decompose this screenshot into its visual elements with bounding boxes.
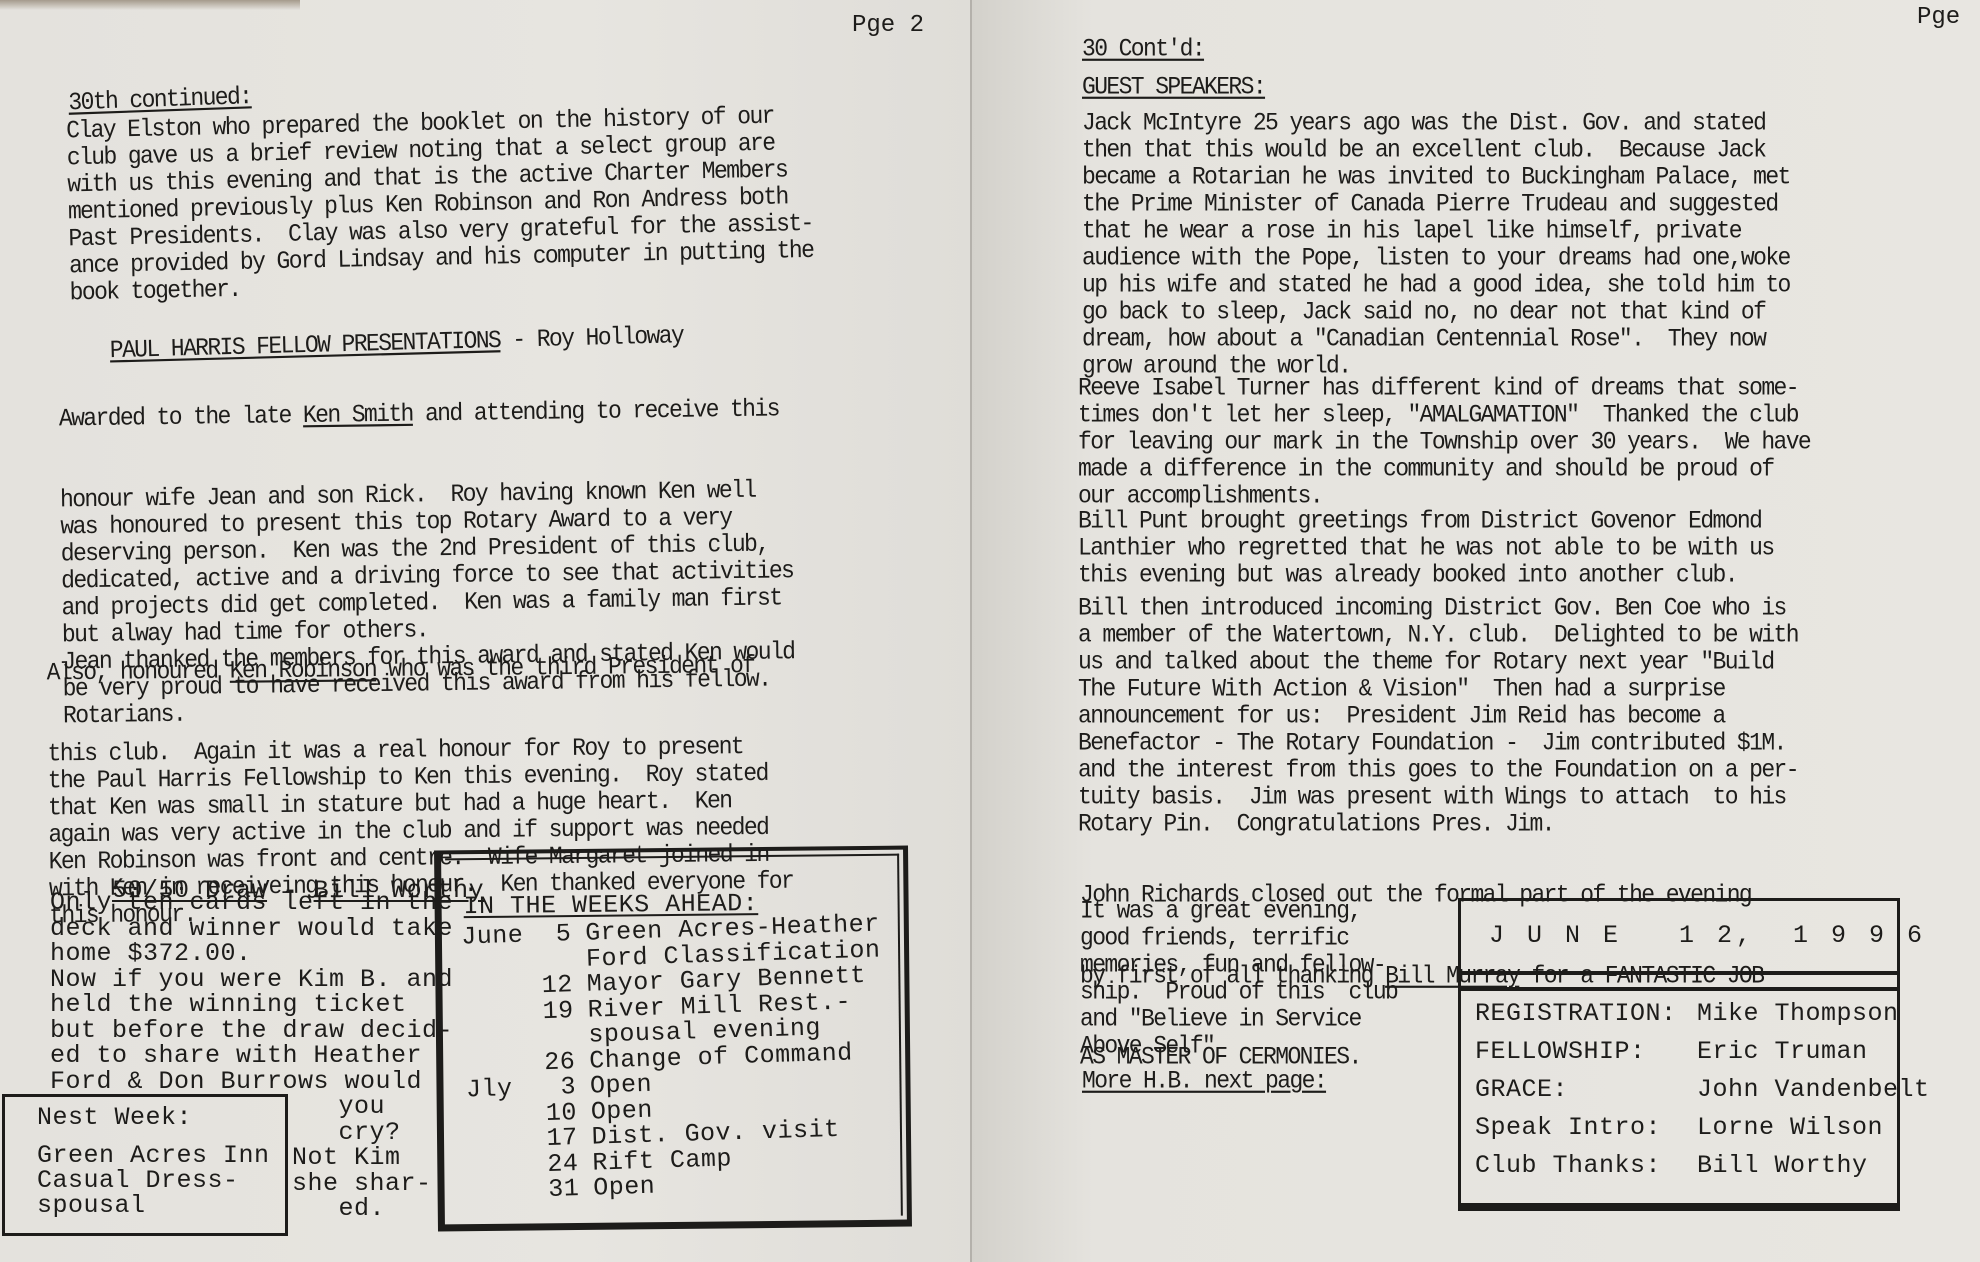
text-line: spousal — [37, 1193, 270, 1218]
text-line: memories, fun and fellow- — [1080, 952, 1397, 979]
section-30th-text: Clay Elston who prepared the booklet on … — [66, 102, 814, 307]
text-line: the Prime Minister of Canada Pierre Trud… — [1082, 191, 1790, 218]
entry-month: June — [461, 923, 526, 950]
text-line: this evening but was already booked into… — [1078, 562, 1774, 589]
entry-month: Jly — [466, 1076, 531, 1103]
entry-month — [467, 1127, 532, 1154]
next-week-box: Nest Week: Green Acres InnCasual Dress-s… — [2, 1094, 288, 1236]
text-line: Bill then introduced incoming District G… — [1078, 595, 1798, 622]
entry-day: 12 — [526, 972, 573, 999]
text-line: Above Self" — [1080, 1033, 1397, 1060]
para1-rest: and attending to receive this — [413, 395, 779, 428]
ben-coe-text: Bill then introduced incoming District G… — [1078, 595, 1798, 838]
para1-lead: Awarded to the late — [59, 402, 303, 433]
text-line: became a Rotarian he was invited to Buck… — [1082, 164, 1790, 191]
text-line: but before the draw decid- — [50, 1018, 453, 1044]
entry-month — [467, 1101, 532, 1128]
entry-month — [469, 1177, 534, 1204]
duty-role-name: John Vandenbelt — [1697, 1077, 1930, 1115]
entry-event: Open — [593, 1174, 656, 1201]
text-line: ed. — [292, 1196, 432, 1222]
text-line: a member of the Watertown, N.Y. club. De… — [1078, 622, 1798, 649]
text-line: then that this would be an excellent clu… — [1082, 137, 1790, 164]
more-next-page-link[interactable]: More H.B. next page: — [1082, 1068, 1326, 1095]
text-line: Reeve Isabel Turner has different kind o… — [1078, 375, 1810, 402]
entry-day: 5 — [525, 921, 572, 948]
page-edge-shadow — [0, 0, 300, 10]
text-line: ed to share with Heather — [50, 1043, 453, 1069]
duty-role-label: FELLOWSHIP: — [1475, 1039, 1697, 1077]
duty-role-name: Eric Truman — [1697, 1039, 1868, 1077]
weeks-ahead-box: IN THE WEEKS AHEAD: June5Green Acres-Hea… — [434, 846, 912, 1232]
duty-roster-box: J U N E 1 2, 1 9 9 6 REGISTRATION:Mike T… — [1458, 898, 1900, 1211]
text-line: she shar- — [292, 1171, 432, 1197]
text-line: Only ten cards left in the — [50, 890, 453, 916]
text-line: Casual Dress- — [37, 1168, 270, 1193]
page-number: Pge 2 — [852, 12, 924, 39]
text-line: dream, how about a "Canadian Centennial … — [1082, 326, 1790, 353]
right-page: Pge 30 Cont'd: GUEST SPEAKERS: Jack McIn… — [972, 0, 1980, 1262]
duty-role-row: Speak Intro:Lorne Wilson — [1475, 1115, 1930, 1153]
jack-mcintyre-text: Jack McIntyre 25 years ago was the Dist.… — [1082, 110, 1790, 380]
entry-month — [468, 1152, 533, 1179]
text-line: up his wife and stated he had a good ide… — [1082, 272, 1790, 299]
text-line: audience with the Pope, listen to your d… — [1082, 245, 1790, 272]
page-number: Pge — [1917, 4, 1960, 31]
next-week-text: Green Acres InnCasual Dress-spousal — [37, 1143, 270, 1218]
section-heading-30th: 30th continued: — [68, 84, 252, 117]
duty-role-label: GRACE: — [1475, 1077, 1697, 1115]
entry-event: Rift Camp — [592, 1146, 732, 1176]
text-line: cry? — [292, 1120, 432, 1146]
text-line: ship. Proud of this club — [1080, 979, 1397, 1006]
entry-month — [462, 948, 527, 975]
text-line: Jack McIntyre 25 years ago was the Dist.… — [1082, 110, 1790, 137]
text-line: Benefactor - The Rotary Foundation - Jim… — [1078, 730, 1798, 757]
text-line: us and talked about the theme for Rotary… — [1078, 649, 1798, 676]
text-line: Green Acres Inn — [37, 1143, 270, 1168]
date-divider — [1461, 971, 1897, 991]
text-line: made a difference in the community and s… — [1078, 456, 1810, 483]
draw-text: Only ten cards left in thedeck and winne… — [50, 890, 453, 1094]
duty-role-row: GRACE:John Vandenbelt — [1475, 1077, 1930, 1115]
text-line: you — [292, 1094, 432, 1120]
text-line: good friends, terrific — [1080, 925, 1397, 952]
entry-day: 3 — [530, 1074, 577, 1101]
text-line: and the interest from this goes to the F… — [1078, 757, 1798, 784]
text-line: home $372.00. — [50, 941, 453, 967]
entry-month — [463, 999, 528, 1026]
duty-role-label: Club Thanks: — [1475, 1153, 1697, 1191]
weeks-ahead-list: June5Green Acres-HeatherFord Classificat… — [461, 911, 888, 1205]
text-line: that he wear a rose in his lapel like hi… — [1082, 218, 1790, 245]
para2-rest: who was the third President of — [376, 652, 755, 684]
entry-day — [528, 1023, 575, 1050]
text-line: Now if you were Kim B. and — [50, 967, 453, 993]
contd-heading: 30 Cont'd: — [1082, 36, 1204, 63]
ken-robinson-name: Ken Robinson — [230, 655, 377, 685]
entry-day: 17 — [531, 1125, 578, 1152]
meeting-date: J U N E 1 2, 1 9 9 6 — [1489, 923, 1926, 949]
entry-month — [465, 1050, 530, 1077]
para2-lead: Also, honoured — [47, 657, 230, 687]
duty-role-label: REGISTRATION: — [1475, 1001, 1697, 1039]
duty-role-row: Club Thanks:Bill Worthy — [1475, 1153, 1930, 1191]
entry-month — [464, 1025, 529, 1052]
entry-day: 19 — [527, 998, 574, 1025]
closing-text: It was a great evening,good friends, ter… — [1080, 898, 1397, 1060]
text-line: Not Kim — [292, 1145, 432, 1171]
text-line: deck and winner would take — [50, 916, 453, 942]
text-line: times don't let her sleep, "AMALGAMATION… — [1078, 402, 1810, 429]
text-line: Ford & Don Burrows would — [50, 1069, 453, 1095]
ken-smith-name: Ken Smith — [303, 400, 413, 430]
bill-punt-text: Bill Punt brought greetings from Distric… — [1078, 508, 1774, 589]
duty-role-name: Bill Worthy — [1697, 1153, 1868, 1191]
entry-month — [463, 974, 528, 1001]
duty-role-name: Lorne Wilson — [1697, 1115, 1883, 1153]
text-line: It was a great evening, — [1080, 898, 1397, 925]
text-line: tuity basis. Jim was present with Wings … — [1078, 784, 1798, 811]
text-line: Lanthier who regretted that he was not a… — [1078, 535, 1774, 562]
duty-role-label: Speak Intro: — [1475, 1115, 1697, 1153]
guest-speakers-heading: GUEST SPEAKERS: — [1082, 74, 1265, 101]
duty-roles: REGISTRATION:Mike ThompsonFELLOWSHIP:Eri… — [1475, 1001, 1930, 1191]
draw-text-tail: you cry?Not Kimshe shar- ed. — [292, 1094, 432, 1222]
text-line: announcement for us: President Jim Reid … — [1078, 703, 1798, 730]
duty-role-row: REGISTRATION:Mike Thompson — [1475, 1001, 1930, 1039]
duty-role-name: Mike Thompson — [1697, 1001, 1899, 1039]
duty-role-row: FELLOWSHIP:Eric Truman — [1475, 1039, 1930, 1077]
text-line: for leaving our mark in the Township ove… — [1078, 429, 1810, 456]
text-line: go back to sleep, Jack said no, no dear … — [1082, 299, 1790, 326]
text-line: The Future With Action & Vision" Then ha… — [1078, 676, 1798, 703]
text-line: held the winning ticket — [50, 992, 453, 1018]
left-page: Pge 2 30th continued: Clay Elston who pr… — [0, 0, 972, 1262]
text-line: Bill Punt brought greetings from Distric… — [1078, 508, 1774, 535]
text-line: and "Believe in Service — [1080, 1006, 1397, 1033]
isabel-turner-text: Reeve Isabel Turner has different kind o… — [1078, 375, 1810, 510]
next-week-heading: Nest Week: — [37, 1105, 192, 1131]
entry-day: 31 — [533, 1176, 580, 1203]
